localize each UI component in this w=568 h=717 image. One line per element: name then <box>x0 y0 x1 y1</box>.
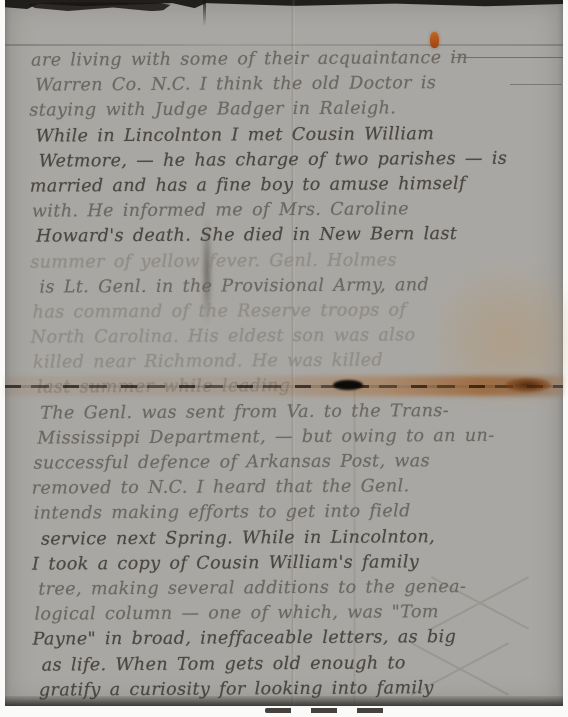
paper-sheet: are living with some of their acquaintan… <box>5 0 563 706</box>
letter-line: Payne" in broad, ineffaceable letters, a… <box>33 625 563 653</box>
letter-line: is Lt. Genl. in the Provisional Army, an… <box>39 272 560 300</box>
letter-line: I took a copy of Cousin William's family <box>32 549 562 577</box>
letter-line: North Carolina. His eldest son was also <box>31 322 561 350</box>
letter-line: logical column — one of which, was "Tom <box>34 600 562 628</box>
letter-text: are living with some of their acquaintan… <box>31 45 563 703</box>
bottom-paper-edge <box>5 696 563 706</box>
letter-line: with. He informed me of Mrs. Caroline <box>32 197 560 225</box>
letter-line: as life. When Tom gets old enough to <box>42 650 563 678</box>
letter-line: Mississippi Department, — but owing to a… <box>37 423 561 451</box>
torn-top-edge-blob <box>23 2 173 12</box>
letter-line: Wetmore, — he has charge of two parishes… <box>39 146 560 174</box>
top-crease-notch <box>203 0 206 26</box>
rust-scorch-blob <box>505 378 551 392</box>
crease-ink-blob <box>333 380 363 390</box>
letter-line: intends making efforts to get into field <box>34 499 562 527</box>
letter-line: The Genl. was sent from Va. to the Trans… <box>40 398 561 426</box>
letter-line: successful defence of Arkansas Post, was <box>33 448 561 476</box>
letter-line: summer of yellow fever. Genl. Holmes <box>30 247 560 275</box>
next-page-marks <box>265 708 395 713</box>
letter-line: service next Spring. While in Lincolnton… <box>41 524 562 552</box>
letter-line: While in Lincolnton I met Cousin William <box>35 121 559 149</box>
letter-line: has command of the Reserve troops of <box>33 297 561 325</box>
letter-line: killed near Richmond. He was killed <box>33 348 561 376</box>
letter-line: staying with Judge Badger in Raleigh. <box>29 96 559 124</box>
photo-background: are living with some of their acquaintan… <box>0 0 568 717</box>
letter-line: tree, making several additions to the ge… <box>38 574 562 602</box>
letter-line: Howard's death. She died in New Bern las… <box>36 222 560 250</box>
letter-line: removed to N.C. I heard that the Genl. <box>32 474 562 502</box>
letter-line: are living with some of their acquaintan… <box>31 45 559 73</box>
letter-line: Warren Co. N.C. I think the old Doctor i… <box>35 71 559 99</box>
letter-line: married and has a fine boy to amuse hims… <box>30 171 560 199</box>
horizontal-fold-crease-line <box>5 385 563 388</box>
